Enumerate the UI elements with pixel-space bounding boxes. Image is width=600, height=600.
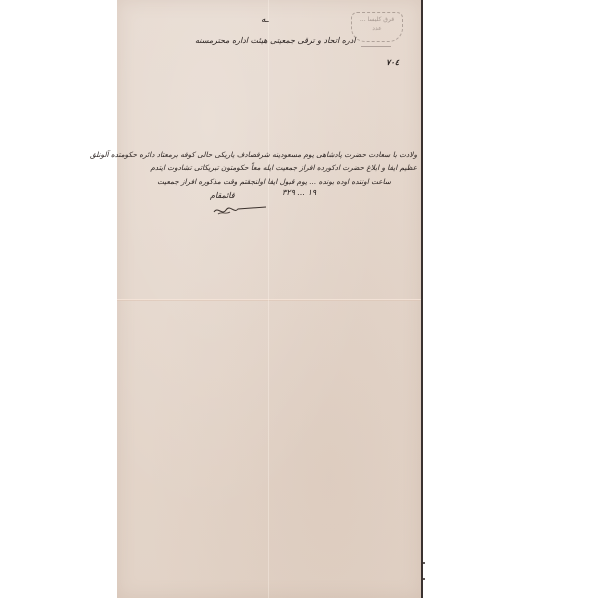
official-stamp: قرق کلیسا ... عدد xyxy=(351,12,403,42)
signature-title: قائمقام xyxy=(210,191,235,200)
body-line-2: عظیم ایفا و ابلاغ حضرت ادکورده افراز جمع… xyxy=(150,163,417,172)
signature-scribble-icon xyxy=(212,202,268,218)
body-line-3: ساعت اوننده اوده بونده ... یوم قبول ایفا… xyxy=(157,177,391,186)
reference-number: ٧٠٤ xyxy=(386,58,399,67)
document-heading: ادره اتحاد و ترقی جمعیتی هیئت اداره محتر… xyxy=(195,36,356,45)
paper-blemish xyxy=(423,578,425,580)
horizontal-fold-line xyxy=(117,299,421,301)
vertical-fold-line xyxy=(268,0,269,598)
document-paper: ـه ادره اتحاد و ترقی جمعیتی هیئت اداره م… xyxy=(117,0,423,598)
date: ١٩ ... ٣٢٩ xyxy=(282,188,316,197)
stamp-text: قرق کلیسا ... xyxy=(360,16,394,23)
stamp-reference-label: عدد xyxy=(372,25,381,32)
stamp-underline xyxy=(361,46,391,47)
body-line-1: ولادت با سعادت حضرت پادشاهی یوم مسعودینه… xyxy=(90,150,417,159)
header-mark: ـه xyxy=(261,15,268,25)
paper-blemish xyxy=(423,562,425,564)
